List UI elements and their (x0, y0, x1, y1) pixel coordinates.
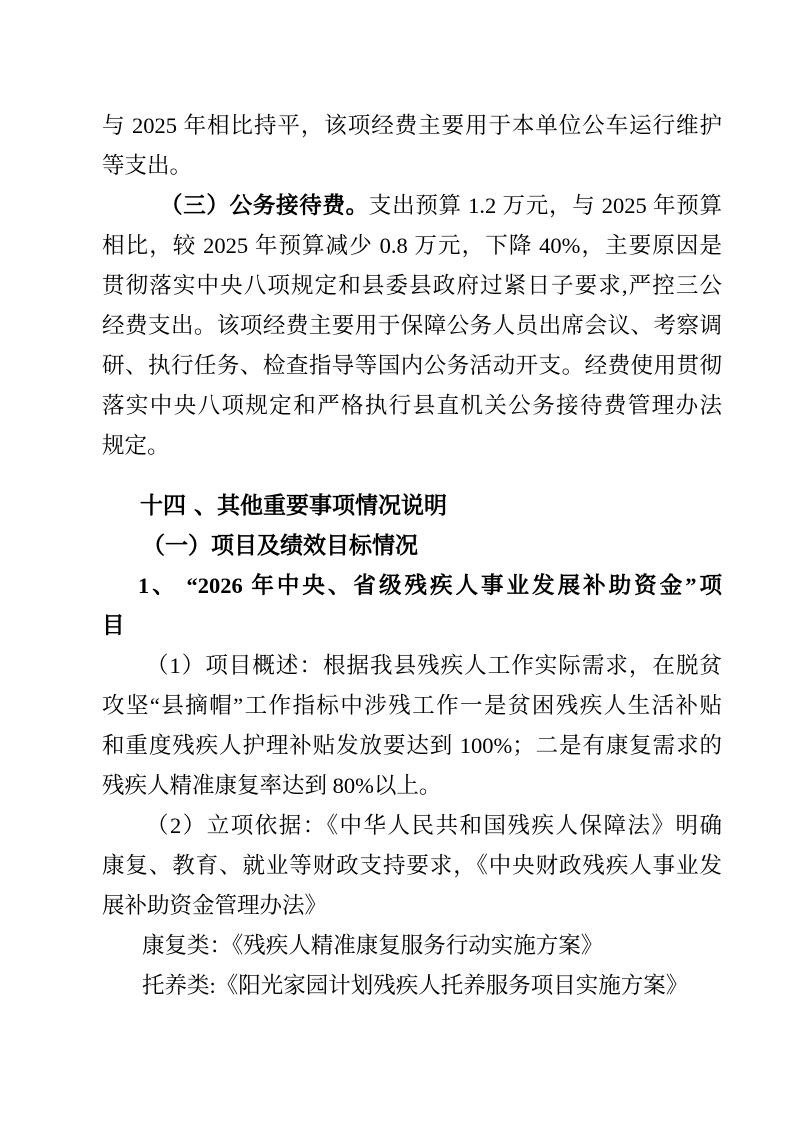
text-segment: 规定。 (102, 433, 170, 458)
text-segment: 研、执行任务、检查指导等国内公务活动开支。经费使用贯彻 (102, 353, 722, 378)
body-line-06: 经费支出。该项经费主要用于保障公务人员出席会议、考察调 (102, 306, 722, 346)
body-line-04: 相比，较 2025 年预算减少 0.8 万元，下降 40%，主要原因是 (102, 226, 722, 266)
body-line-16: 和重度残疾人护理补贴发放要达到 100%；二是有康复需求的 (102, 726, 722, 766)
text-segment: 相比，较 2025 年预算减少 0.8 万元，下降 40%，主要原因是 (102, 233, 722, 258)
body-line-14: （1）项目概述：根据我县残疾人工作实际需求，在脱贫 (102, 646, 722, 686)
body-line-03: （三）公务接待费。支出预算 1.2 万元，与 2025 年预算 (102, 186, 722, 226)
text-segment: 贯彻落实中央八项规定和县委县政府过紧日子要求,严控三公 (102, 273, 722, 298)
bold-text-segment: （一）项目及绩效目标情况 (142, 533, 418, 558)
body-line-21: 康复类：《残疾人精准康复服务行动实施方案》 (102, 926, 722, 966)
body-line-18: （2）立项依据：《中华人民共和国残疾人保障法》明确 (102, 806, 722, 846)
section-heading: 十四 、其他重要事项情况说明 (102, 486, 722, 526)
body-line-02: 等支出。 (102, 146, 722, 186)
text-segment: 经费支出。该项经费主要用于保障公务人员出席会议、考察调 (102, 313, 722, 338)
body-line-17: 残疾人精准康复率达到 80%以上。 (102, 766, 722, 806)
text-segment: 残疾人精准康复率达到 80%以上。 (102, 773, 441, 798)
text-segment: （2）立项依据：《中华人民共和国残疾人保障法》明确 (146, 813, 722, 838)
text-segment: 康复类：《残疾人精准康复服务行动实施方案》 (142, 933, 603, 958)
bold-text-segment: 目 (102, 613, 125, 638)
bold-text-segment: 十四 、其他重要事项情况说明 (140, 493, 447, 519)
text-segment: 托养类:《阳光家园计划残疾人托养服务项目实施方案》 (142, 973, 688, 998)
text-segment: 支出预算 1.2 万元，与 2025 年预算 (369, 193, 722, 218)
document-page: 与 2025 年相比持平，该项经费主要用于本单位公车运行维护等支出。（三）公务接… (0, 0, 793, 1122)
bold-text-segment: 1、 “2026 年中央、省级残疾人事业发展补助资金”项 (138, 573, 722, 598)
body-line-09: 规定。 (102, 426, 722, 466)
text-segment: 和重度残疾人护理补贴发放要达到 100%；二是有康复需求的 (102, 733, 722, 758)
text-segment: 等支出。 (102, 153, 192, 178)
sub-heading: （一）项目及绩效目标情况 (102, 526, 722, 566)
body-line-15: 攻坚“县摘帽”工作指标中涉残工作一是贫困残疾人生活补贴 (102, 686, 722, 726)
body-line-07: 研、执行任务、检查指导等国内公务活动开支。经费使用贯彻 (102, 346, 722, 386)
item-heading-line-1: 1、 “2026 年中央、省级残疾人事业发展补助资金”项 (102, 566, 722, 606)
body-line-05: 贯彻落实中央八项规定和县委县政府过紧日子要求,严控三公 (102, 266, 722, 306)
body-line-08: 落实中央八项规定和严格执行县直机关公务接待费管理办法 (102, 386, 722, 426)
document-content: 与 2025 年相比持平，该项经费主要用于本单位公车运行维护等支出。（三）公务接… (102, 106, 722, 1006)
body-line-22: 托养类:《阳光家园计划残疾人托养服务项目实施方案》 (102, 966, 722, 1006)
text-segment: 落实中央八项规定和严格执行县直机关公务接待费管理办法 (102, 393, 722, 418)
text-segment: 展补助资金管理办法》 (102, 893, 327, 918)
text-segment: 与 2025 年相比持平，该项经费主要用于本单位公车运行维护 (102, 113, 722, 138)
bold-text-segment: （三）公务接待费。 (160, 193, 369, 218)
body-line-20: 展补助资金管理办法》 (102, 886, 722, 926)
body-line-19: 康复、教育、就业等财政支持要求，《中央财政残疾人事业发 (102, 846, 722, 886)
text-segment: 攻坚“县摘帽”工作指标中涉残工作一是贫困残疾人生活补贴 (102, 693, 722, 718)
item-heading-line-2: 目 (102, 606, 722, 646)
body-line-01: 与 2025 年相比持平，该项经费主要用于本单位公车运行维护 (102, 106, 722, 146)
text-segment: 康复、教育、就业等财政支持要求，《中央财政残疾人事业发 (102, 853, 722, 878)
text-segment: （1）项目概述：根据我县残疾人工作实际需求，在脱贫 (146, 653, 722, 678)
